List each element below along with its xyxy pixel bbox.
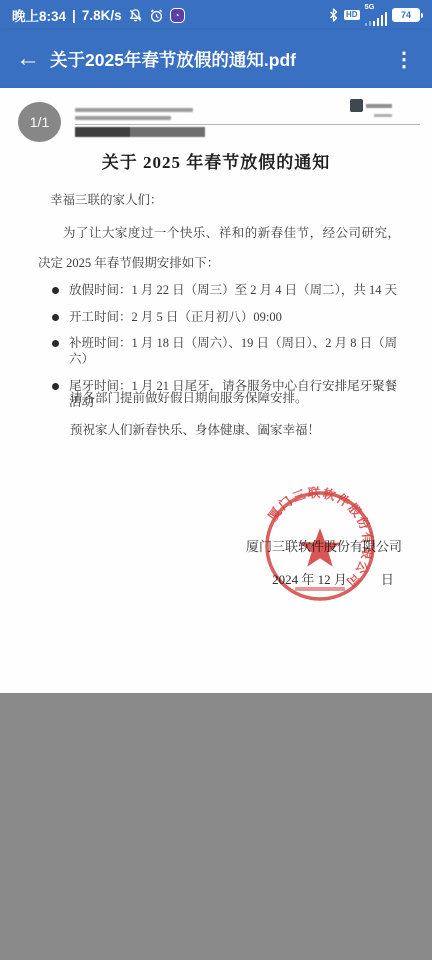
overflow-menu-icon[interactable]: ⋮ xyxy=(392,47,416,72)
network-speed-text: 7.8K/s xyxy=(82,8,122,23)
separator: | xyxy=(72,8,76,23)
bullet-work-start: 开工时间：2 月 5 日（正月初八）09:00 xyxy=(52,309,402,325)
letterhead-dark-bar xyxy=(75,127,205,137)
company-seal-stamp: 厦门三联软件股份有限公司 xyxy=(246,484,394,616)
viewer-background xyxy=(0,693,432,960)
bullet-makeup-days: 补班时间：1 月 18 日（周六）、19 日（周日）、2 月 8 日（周六） xyxy=(52,335,402,367)
network-type-label: 5G xyxy=(365,2,375,11)
notice-title: 关于 2025 年春节放假的通知 xyxy=(0,148,432,173)
notification-app-icon: ◔ xyxy=(170,8,185,23)
intro-paragraph: 为了让大家度过一个快乐、祥和的新春佳节，经公司研究，决定 2025 年春节假期安… xyxy=(38,218,400,278)
followup-text: 请各部门提前做好假日期间服务保障安排。 xyxy=(70,388,308,406)
company-letterhead xyxy=(75,108,420,137)
letterhead-text-line xyxy=(75,116,171,120)
app-bar: ← 关于2025年春节放假的通知.pdf ⋮ xyxy=(0,30,432,88)
logo-wordmark xyxy=(366,104,392,108)
hd-icon: HD xyxy=(344,10,360,20)
bullet-holiday-dates: 放假时间：1 月 22 日（周三）至 2 月 4 日（周二），共 14 天 xyxy=(52,282,402,298)
back-icon[interactable]: ← xyxy=(16,47,50,71)
battery-percent: 74 xyxy=(401,10,411,20)
logo-square-icon xyxy=(350,99,363,112)
seal-star-icon xyxy=(300,528,341,567)
company-logo xyxy=(350,99,392,112)
status-left: 晚上8:34 | 7.8K/s ◔ xyxy=(12,5,185,25)
pdf-page: 关于 2025 年春节放假的通知 幸福三联的家人们： 为了让大家度过一个快乐、祥… xyxy=(0,88,432,693)
alarm-icon xyxy=(149,8,164,23)
bluetooth-icon xyxy=(328,8,339,22)
clock-text: 晚上8:34 xyxy=(12,5,66,25)
wish-text: 预祝家人们新春快乐、身体健康、阖家幸福！ xyxy=(70,420,320,438)
page-indicator: 1/1 xyxy=(18,102,61,142)
salutation-text: 幸福三联的家人们： xyxy=(50,190,163,208)
status-bar: 晚上8:34 | 7.8K/s ◔ HD 5G 74 xyxy=(0,0,432,30)
signal-icon: 5G xyxy=(365,4,388,26)
logo-tagline xyxy=(374,114,392,117)
mute-icon xyxy=(128,8,143,23)
letterhead-rule xyxy=(75,124,420,125)
document-title-bar: 关于2025年春节放假的通知.pdf xyxy=(50,47,392,72)
battery-icon: 74 xyxy=(392,8,420,22)
status-right: HD 5G 74 xyxy=(328,4,420,26)
pdf-viewer[interactable]: 1/1 关于 2025 年春节放假的通知 幸福三联的家人们： 为了让大家度过一个… xyxy=(0,88,432,960)
letterhead-text-line xyxy=(75,108,193,112)
